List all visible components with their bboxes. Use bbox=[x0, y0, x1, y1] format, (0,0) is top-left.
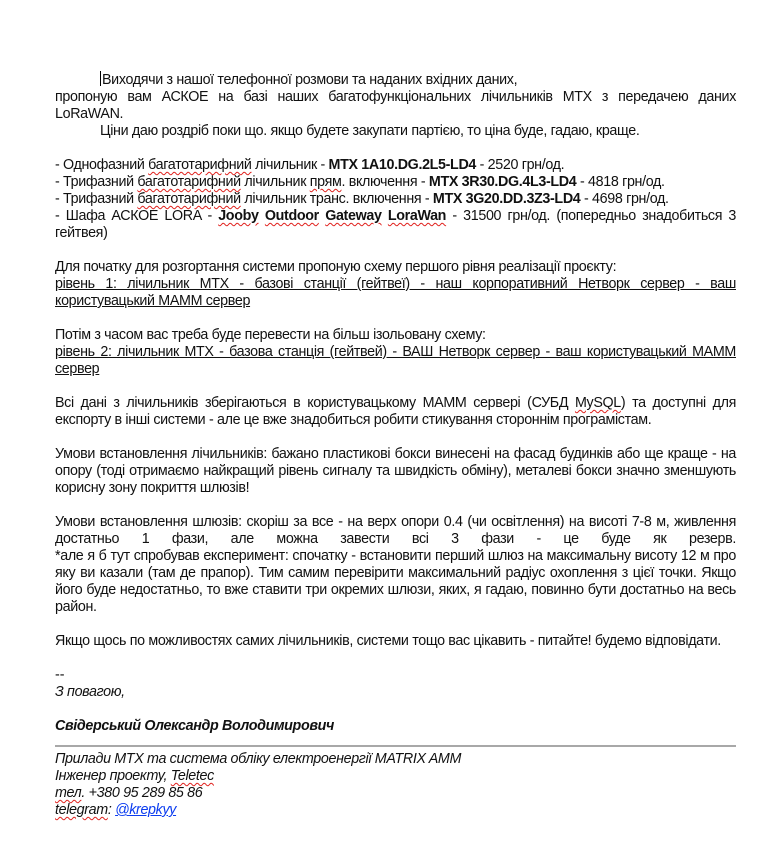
signature: -- З повагою, Свідерський Олександр Воло… bbox=[55, 667, 736, 819]
level1-intro: Для початку для розгортання системи проп… bbox=[55, 259, 736, 276]
price-list: - Однофазний багатотарифний лічильник - … bbox=[55, 157, 736, 242]
text-caret bbox=[100, 71, 101, 86]
signature-name: Свідерський Олександр Володимирович bbox=[55, 718, 736, 735]
signature-company: Прилади МТХ та система обліку електроене… bbox=[55, 751, 736, 768]
intro-line-2: пропоную вам АСКОЕ на базі наших багатоф… bbox=[55, 89, 736, 123]
signature-regards: З повагою, bbox=[55, 684, 736, 701]
signature-phone: тел. +380 95 289 85 86 bbox=[55, 785, 736, 802]
price-item: - Трифазний багатотарифний лічильник тра… bbox=[55, 191, 736, 208]
data-storage-paragraph: Всі дані з лічильників зберігаються в ко… bbox=[55, 395, 736, 429]
closing-paragraph: Якщо щось по можливостях самих лічильник… bbox=[55, 633, 736, 650]
model-name: MTX 1A10.DG.2L5-LD4 bbox=[329, 157, 476, 173]
signature-telegram: telegram: @krepkyy bbox=[55, 802, 736, 819]
signature-separator: -- bbox=[55, 667, 736, 684]
email-body[interactable]: Виходячи з нашої телефонної розмови та н… bbox=[55, 71, 736, 819]
price-item: - Однофазний багатотарифний лічильник - … bbox=[55, 157, 736, 174]
signature-position: Інженер проекту, Teletec bbox=[55, 768, 736, 785]
level2-intro: Потім з часом вас треба буде перевести н… bbox=[55, 327, 736, 344]
gateway-install-paragraph: Умови встановлення шлюзів: скоріш за все… bbox=[55, 514, 736, 616]
model-name: MTX 3G20.DD.3Z3-LD4 bbox=[433, 191, 580, 207]
intro-line-3: Ціни даю роздріб поки що. якщо будете за… bbox=[55, 123, 736, 140]
model-name: Jooby Outdoor Gateway LoraWan bbox=[218, 208, 446, 224]
meter-install-paragraph: Умови встановлення лічильників: бажано п… bbox=[55, 446, 736, 497]
price-item: - Шафа АСКОЕ LORA - Jooby Outdoor Gatewa… bbox=[55, 208, 736, 242]
intro-line-1: Виходячи з нашої телефонної розмови та н… bbox=[55, 71, 736, 89]
model-name: MTX 3R30.DG.4L3-LD4 bbox=[429, 174, 576, 190]
signature-divider bbox=[55, 745, 736, 747]
level1-scheme: рівень 1: лічильник МТХ - базові станції… bbox=[55, 276, 736, 310]
telegram-link[interactable]: @krepkyy bbox=[115, 802, 176, 818]
level2-scheme: рівень 2: лічильник МТХ - базова станція… bbox=[55, 344, 736, 378]
price-item: - Трифазний багатотарифний лічильник пря… bbox=[55, 174, 736, 191]
